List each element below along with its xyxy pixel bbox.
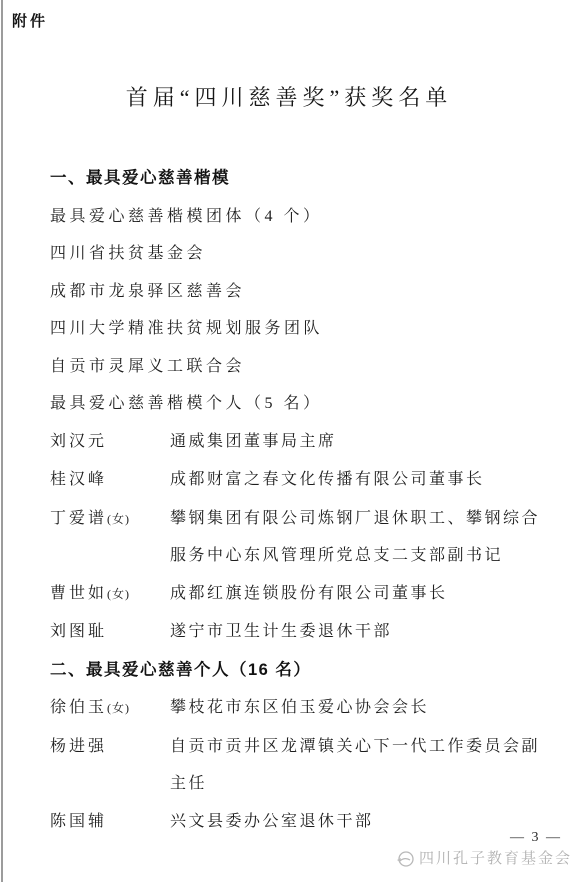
winner-name: 曹世如(女) <box>50 575 170 614</box>
winner-name: 丁爱谱(女) <box>50 500 170 539</box>
document-page: 附件 首届“四川慈善奖”获奖名单 一、最具爱心慈善楷模 最具爱心慈善楷模团体（4… <box>0 0 578 882</box>
section-heading-2: 二、最具爱心慈善个人（16 名） <box>50 652 542 690</box>
winner-title: 攀钢集团有限公司炼钢厂退休职工、攀钢综合服务中心东风管理所党总支二支部副书记 <box>170 500 542 575</box>
org-item: 四川大学精准扶贫规划服务团队 <box>50 310 542 348</box>
document-title: 首届“四川慈善奖”获奖名单 <box>0 84 578 112</box>
org-item: 自贡市灵犀义工联合会 <box>50 348 542 386</box>
winner-name: 桂汉峰 <box>50 461 170 500</box>
winner-name: 刘图耻 <box>50 613 170 652</box>
group-subheading-teams: 最具爱心慈善楷模团体（4 个） <box>50 198 542 236</box>
award-row: 刘图耻 遂宁市卫生计生委退休干部 <box>50 613 542 652</box>
winner-title: 攀枝花市东区伯玉爱心协会会长 <box>170 689 542 727</box>
award-row: 徐伯玉(女) 攀枝花市东区伯玉爱心协会会长 <box>50 689 542 728</box>
gender-note: (女) <box>107 512 130 526</box>
winner-title: 成都红旗连锁股份有限公司董事长 <box>170 575 542 613</box>
winner-title: 成都财富之春文化传播有限公司董事长 <box>170 461 542 499</box>
watermark-text: 四川孔子教育基金会 <box>419 847 572 871</box>
attachment-label: 附件 <box>12 10 48 31</box>
award-row: 丁爱谱(女) 攀钢集团有限公司炼钢厂退休职工、攀钢综合服务中心东风管理所党总支二… <box>50 500 542 575</box>
winner-name: 徐伯玉(女) <box>50 689 170 728</box>
gender-note: (女) <box>107 587 130 601</box>
group-subheading-individuals: 最具爱心慈善楷模个人（5 名） <box>50 385 542 423</box>
winner-name: 陈国辅 <box>50 803 170 842</box>
winner-title: 兴文县委办公室退休干部 <box>170 803 542 841</box>
org-item: 四川省扶贫基金会 <box>50 235 542 273</box>
page-number: — 3 — <box>510 828 562 848</box>
award-row: 刘汉元 通威集团董事局主席 <box>50 423 542 462</box>
document-body: 一、最具爱心慈善楷模 最具爱心慈善楷模团体（4 个） 四川省扶贫基金会 成都市龙… <box>0 160 578 841</box>
award-row: 陈国辅 兴文县委办公室退休干部 <box>50 803 542 842</box>
foundation-logo-icon <box>395 849 415 869</box>
award-row: 曹世如(女) 成都红旗连锁股份有限公司董事长 <box>50 575 542 614</box>
award-row: 杨进强 自贡市贡井区龙潭镇关心下一代工作委员会副主任 <box>50 728 542 803</box>
winner-name: 杨进强 <box>50 728 170 767</box>
gender-note: (女) <box>107 701 130 715</box>
section-heading-1: 一、最具爱心慈善楷模 <box>50 160 542 198</box>
winner-name: 刘汉元 <box>50 423 170 462</box>
scan-edge-line <box>1 0 3 882</box>
winner-title: 遂宁市卫生计生委退休干部 <box>170 613 542 651</box>
org-item: 成都市龙泉驿区慈善会 <box>50 273 542 311</box>
award-row: 桂汉峰 成都财富之春文化传播有限公司董事长 <box>50 461 542 500</box>
watermark: 四川孔子教育基金会 <box>395 847 572 871</box>
winner-title: 通威集团董事局主席 <box>170 423 542 461</box>
winner-title: 自贡市贡井区龙潭镇关心下一代工作委员会副主任 <box>170 728 542 803</box>
